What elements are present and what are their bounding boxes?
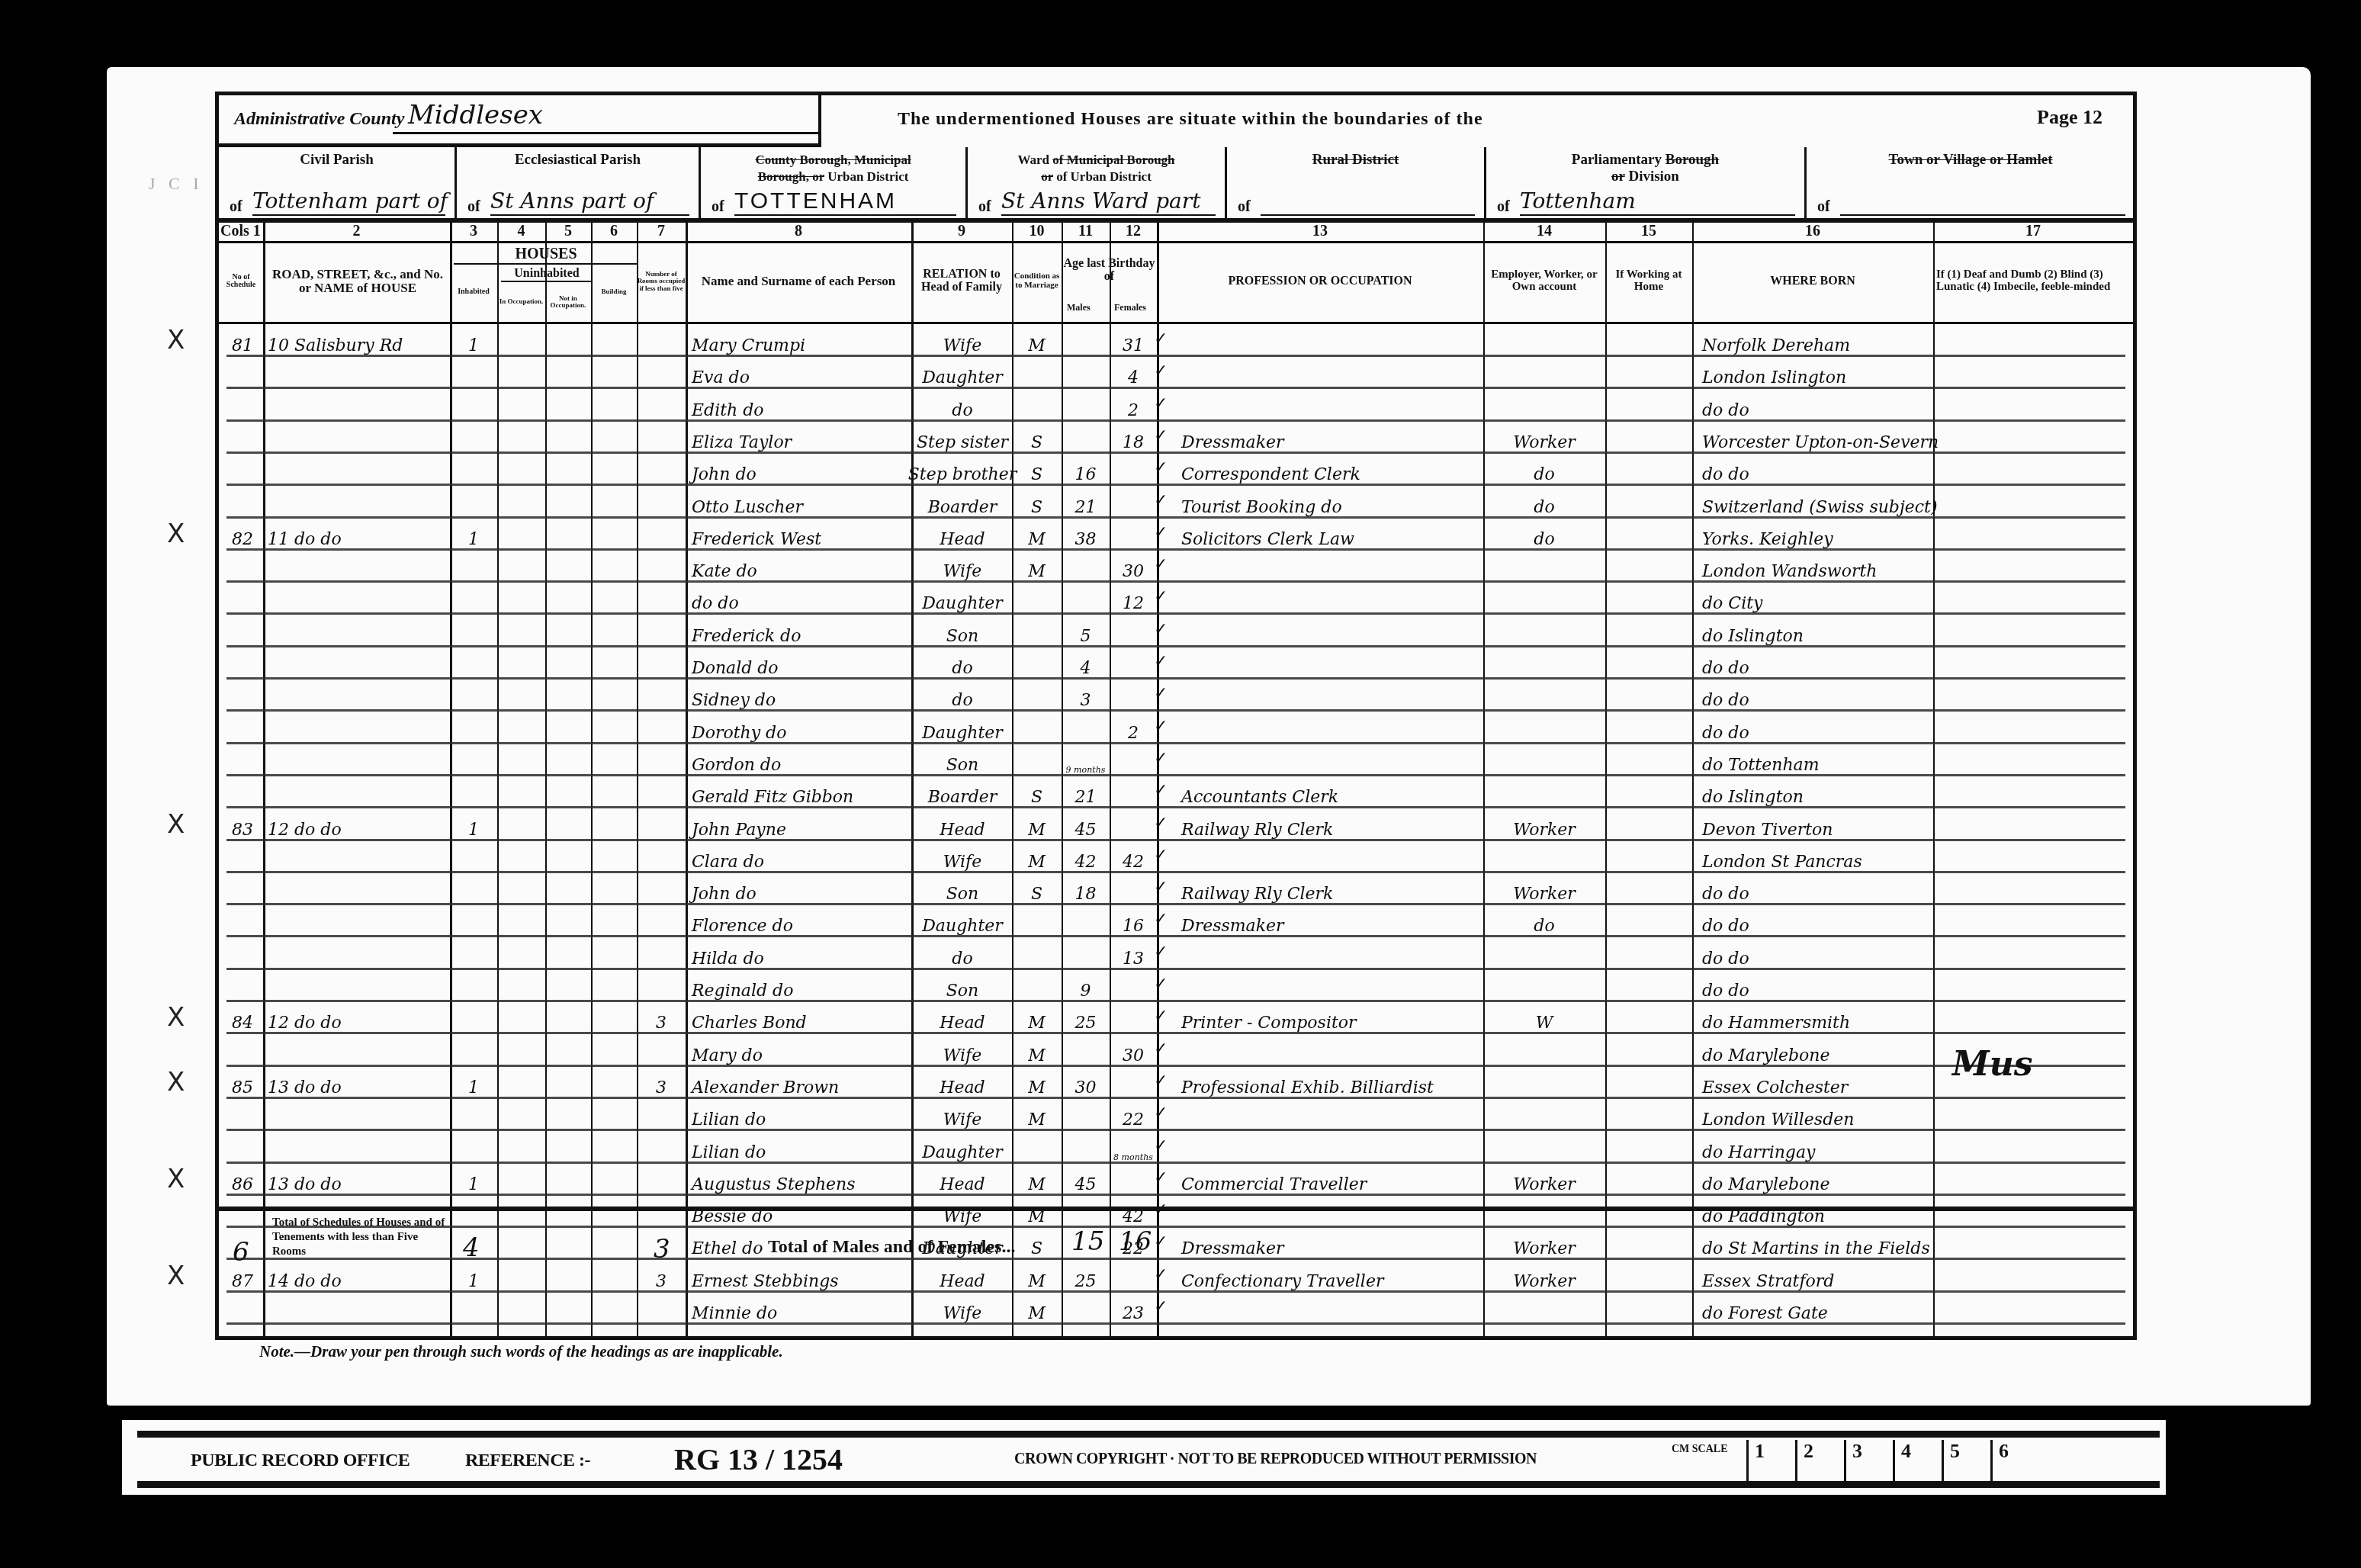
cell-rooms <box>637 488 686 517</box>
cell-name: Edith do <box>692 391 911 420</box>
cell-condition: M <box>1012 1004 1062 1033</box>
cell-male-age: 45 <box>1062 1165 1110 1194</box>
cell-relation: Head <box>913 1165 1012 1194</box>
cell-occupation: Dressmaker <box>1181 423 1483 452</box>
heading-at-home: If Working at Home <box>1605 244 1692 319</box>
check-mark-icon: ✓ <box>1154 846 1168 865</box>
heading-rule <box>219 322 2133 324</box>
table-row: Eliza TaylorStep sisterS18DressmakerWork… <box>219 422 2133 454</box>
cell-male-age: 3 <box>1062 681 1110 710</box>
check-mark-icon: ✓ <box>1154 361 1168 381</box>
margin-x-mark: X <box>167 325 185 355</box>
cell-female-age <box>1110 617 1157 646</box>
cell-name: Otto Luscher <box>692 488 911 517</box>
area-ward: Ward of Municipal Boroughor of Urban Dis… <box>968 147 1227 222</box>
cell-relation: Wife <box>913 843 1012 872</box>
strip-rule <box>137 1431 2160 1438</box>
cell-schedule <box>222 488 263 517</box>
cell-rooms <box>637 552 686 581</box>
cell-employer: do <box>1483 520 1605 549</box>
table-row: 8211 do do1Frederick WestHeadM38Solicito… <box>219 519 2133 551</box>
cell-rooms <box>637 811 686 840</box>
cell-employer: Worker <box>1483 1165 1605 1194</box>
cell-road <box>268 649 449 678</box>
cell-occupation <box>1181 391 1483 420</box>
cell-rooms <box>637 714 686 743</box>
cell-occupation <box>1181 746 1483 775</box>
cell-male-age: 30 <box>1062 1068 1110 1097</box>
heading-building: Building <box>591 265 637 319</box>
heading-employer: Employer, Worker, or Own account <box>1483 244 1605 319</box>
cell-schedule <box>222 843 263 872</box>
cell-employer <box>1483 617 1605 646</box>
cell-condition <box>1012 714 1062 743</box>
cell-name: Eva do <box>692 358 911 387</box>
check-mark-icon: ✓ <box>1154 749 1168 768</box>
cell-rooms <box>637 907 686 936</box>
cell-name: Donald do <box>692 649 911 678</box>
cell-relation: do <box>913 940 1012 969</box>
ward-value: St Anns Ward part <box>1001 188 1216 216</box>
cell-relation: Step sister <box>913 423 1012 452</box>
cell-female-age <box>1110 649 1157 678</box>
cell-born: do do <box>1702 875 1933 904</box>
col-number: 7 <box>637 223 686 240</box>
cm-scale-mark: 2 <box>1795 1440 1842 1483</box>
cell-born: do do <box>1702 391 1933 420</box>
cell-rooms <box>637 455 686 484</box>
heading-name: Name and Surname of each Person <box>686 244 911 319</box>
cell-occupation: Printer - Compositor <box>1181 1004 1483 1033</box>
cell-relation: do <box>913 391 1012 420</box>
cell-male-age: 9 months <box>1062 746 1110 775</box>
check-mark-icon: ✓ <box>1154 1297 1168 1316</box>
totals-row: 6 Total of Schedules of Houses and of Te… <box>219 1207 2133 1295</box>
col-number: 6 <box>591 223 637 240</box>
col-number: 13 <box>1157 223 1483 240</box>
col-number: 11 <box>1062 223 1110 240</box>
cell-female-age <box>1110 875 1157 904</box>
cell-name: do do <box>692 584 911 613</box>
table-row: Florence doDaughter16Dressmakerdodo do✓ <box>219 905 2133 937</box>
cell-inhabited <box>450 1004 497 1033</box>
cell-born: do do <box>1702 972 1933 1001</box>
table-row: Dorothy doDaughter2do do✓ <box>219 712 2133 744</box>
table-row: Frederick doSon5do Islington✓ <box>219 615 2133 647</box>
area-civil-parish: Civil Parish of Tottenham part of <box>219 147 457 222</box>
total-inhabited: 4 <box>463 1232 480 1263</box>
cell-road: 13 do do <box>268 1068 449 1097</box>
cell-name: Sidney do <box>692 681 911 710</box>
cell-occupation: Railway Rly Clerk <box>1181 811 1483 840</box>
table-row: Minnie doWifeM23do Forest Gate✓ <box>219 1293 2133 1325</box>
cell-schedule: 83 <box>222 811 263 840</box>
cell-born: do do <box>1702 681 1933 710</box>
margin-x-mark: X <box>167 1067 185 1097</box>
heading-age: Age last Birthday of <box>1062 244 1157 297</box>
cell-employer <box>1483 681 1605 710</box>
cell-schedule <box>222 940 263 969</box>
table-row: 8412 do do3Charles BondHeadM25Printer - … <box>219 1002 2133 1034</box>
cell-employer <box>1483 552 1605 581</box>
cell-schedule <box>222 907 263 936</box>
cell-condition <box>1012 584 1062 613</box>
cell-occupation <box>1181 326 1483 355</box>
margin-x-mark: X <box>167 1261 185 1291</box>
cell-relation: Boarder <box>913 488 1012 517</box>
cell-female-age: 12 <box>1110 584 1157 613</box>
cell-employer: do <box>1483 488 1605 517</box>
heading-occupation: PROFESSION OR OCCUPATION <box>1157 244 1483 319</box>
cell-employer <box>1483 1036 1605 1065</box>
of-label: of <box>1238 198 1251 216</box>
cell-born: do Hammersmith <box>1702 1004 1933 1033</box>
heading-not-in-occupation: Not in Occupation. <box>545 285 591 319</box>
cell-male-age: 21 <box>1062 778 1110 807</box>
cell-name: Mary do <box>692 1036 911 1065</box>
cell-female-age <box>1110 811 1157 840</box>
cell-rooms <box>637 358 686 387</box>
cell-condition <box>1012 391 1062 420</box>
cell-relation: Son <box>913 875 1012 904</box>
cell-relation: Son <box>913 972 1012 1001</box>
cell-male-age <box>1062 552 1110 581</box>
cell-inhabited <box>450 488 497 517</box>
cell-female-age: 18 <box>1110 423 1157 452</box>
cell-male-age <box>1062 1100 1110 1129</box>
cell-schedule <box>222 1036 263 1065</box>
cell-employer <box>1483 1068 1605 1097</box>
area-label: County Borough, MunicipalBorough, or Urb… <box>701 152 965 185</box>
cell-condition: M <box>1012 1036 1062 1065</box>
cell-occupation <box>1181 552 1483 581</box>
cell-road <box>268 940 449 969</box>
cell-born: Essex Colchester <box>1702 1068 1933 1097</box>
cell-name: Eliza Taylor <box>692 423 911 452</box>
cell-condition: M <box>1012 1068 1062 1097</box>
area-label: Ecclesiastical Parish <box>457 152 699 169</box>
heading-road: ROAD, STREET, &c., and No. or NAME of HO… <box>266 244 449 319</box>
cell-inhabited <box>450 1100 497 1129</box>
cell-male-age: 45 <box>1062 811 1110 840</box>
cell-male-age <box>1062 1294 1110 1323</box>
cell-male-age: 21 <box>1062 488 1110 517</box>
cell-name: Minnie do <box>692 1294 911 1323</box>
cell-rooms <box>637 1100 686 1129</box>
cell-rooms <box>637 940 686 969</box>
cell-occupation <box>1181 649 1483 678</box>
cell-road: 10 Salisbury Rd <box>268 326 449 355</box>
cell-inhabited <box>450 1036 497 1065</box>
cell-born: Norfolk Dereham <box>1702 326 1933 355</box>
cell-born: do Islington <box>1702 778 1933 807</box>
cell-inhabited: 1 <box>450 520 497 549</box>
cell-male-age <box>1062 326 1110 355</box>
cell-occupation <box>1181 358 1483 387</box>
cell-occupation: Solicitors Clerk Law <box>1181 520 1483 549</box>
check-mark-icon: ✓ <box>1154 1168 1168 1187</box>
table-row: 8312 do do1John PayneHeadM45Railway Rly … <box>219 809 2133 841</box>
cell-condition <box>1012 972 1062 1001</box>
table-row: Donald dodo4do do✓ <box>219 647 2133 680</box>
heading-relation: RELATION to Head of Family <box>911 244 1012 319</box>
cell-inhabited <box>450 746 497 775</box>
cell-occupation <box>1181 1133 1483 1162</box>
reference-strip: PUBLIC RECORD OFFICE REFERENCE :- RG 13 … <box>122 1420 2166 1495</box>
check-mark-icon: ✓ <box>1154 523 1168 542</box>
cell-road <box>268 875 449 904</box>
check-mark-icon: ✓ <box>1154 652 1168 671</box>
reference-label: REFERENCE :- <box>465 1451 590 1471</box>
cell-road <box>268 1294 449 1323</box>
cell-male-age: 42 <box>1062 843 1110 872</box>
cell-male-age: 5 <box>1062 617 1110 646</box>
cell-rooms <box>637 520 686 549</box>
cell-rooms <box>637 326 686 355</box>
check-mark-icon: ✓ <box>1154 329 1168 349</box>
heading-infirmity: If (1) Deaf and Dumb (2) Blind (3) Lunat… <box>1936 244 2131 319</box>
cell-schedule <box>222 681 263 710</box>
cell-condition: M <box>1012 843 1062 872</box>
cell-rooms: 3 <box>637 1004 686 1033</box>
check-mark-icon: ✓ <box>1154 814 1168 833</box>
cell-female-age <box>1110 1068 1157 1097</box>
cell-inhabited <box>450 1133 497 1162</box>
col-number: 3 <box>450 223 497 240</box>
cell-schedule <box>222 552 263 581</box>
faint-pencil-mark: J C I <box>149 174 204 194</box>
cm-scale-mark: 1 <box>1746 1440 1794 1483</box>
cell-born: do Islington <box>1702 617 1933 646</box>
cell-male-age: 25 <box>1062 1004 1110 1033</box>
table-row: Kate doWifeM30London Wandsworth✓ <box>219 551 2133 583</box>
cell-relation: do <box>913 681 1012 710</box>
check-mark-icon: ✓ <box>1154 943 1168 962</box>
cell-name: Dorothy do <box>692 714 911 743</box>
cell-born: do do <box>1702 714 1933 743</box>
cell-road: 12 do do <box>268 811 449 840</box>
cell-born: do Marylebone <box>1702 1165 1933 1194</box>
boundaries-statement: The undermentioned Houses are situate wi… <box>898 109 1483 130</box>
page-number: Page 12 <box>2037 106 2102 129</box>
cell-occupation: Professional Exhib. Billiardist <box>1181 1068 1483 1097</box>
cell-born: Yorks. Keighley <box>1702 520 1933 549</box>
area-urban-district: County Borough, MunicipalBorough, or Urb… <box>701 147 968 222</box>
cell-inhabited <box>450 681 497 710</box>
cell-female-age: 30 <box>1110 1036 1157 1065</box>
check-mark-icon: ✓ <box>1154 1007 1168 1026</box>
cell-female-age <box>1110 778 1157 807</box>
cell-name: Alexander Brown <box>692 1068 911 1097</box>
cell-occupation: Tourist Booking do <box>1181 488 1483 517</box>
cell-occupation: Correspondent Clerk <box>1181 455 1483 484</box>
cell-rooms <box>637 391 686 420</box>
cell-name: Charles Bond <box>692 1004 911 1033</box>
page-header: Administrative County Middlesex The unde… <box>215 92 2137 223</box>
cell-employer: Worker <box>1483 811 1605 840</box>
cell-road <box>268 391 449 420</box>
cell-born: do City <box>1702 584 1933 613</box>
cell-rooms <box>637 423 686 452</box>
area-label: Civil Parish <box>219 152 455 169</box>
cell-condition: M <box>1012 1100 1062 1129</box>
cell-inhabited <box>450 907 497 936</box>
table-row: Edith dodo2do do✓ <box>219 390 2133 422</box>
cell-female-age: 8 months <box>1110 1133 1157 1162</box>
of-label: of <box>1497 198 1510 216</box>
cell-born: do do <box>1702 907 1933 936</box>
town-village-value <box>1840 188 2125 216</box>
heading-houses: HOUSES <box>454 246 638 265</box>
cell-relation: Daughter <box>913 714 1012 743</box>
cell-rooms <box>637 617 686 646</box>
cell-employer <box>1483 1294 1605 1323</box>
table-row: Lilian doDaughter8 monthsdo Harringay✓ <box>219 1132 2133 1164</box>
cell-occupation <box>1181 843 1483 872</box>
cell-relation: Wife <box>913 326 1012 355</box>
cell-female-age: 13 <box>1110 940 1157 969</box>
cell-condition <box>1012 681 1062 710</box>
table-row: Lilian doWifeM22London Willesden✓ <box>219 1099 2133 1131</box>
cell-female-age: 42 <box>1110 843 1157 872</box>
cell-schedule: 81 <box>222 326 263 355</box>
cell-rooms <box>637 972 686 1001</box>
cell-employer <box>1483 1100 1605 1129</box>
cell-condition: S <box>1012 875 1062 904</box>
cell-employer: do <box>1483 907 1605 936</box>
cell-name: Hilda do <box>692 940 911 969</box>
cell-born: do do <box>1702 649 1933 678</box>
cell-condition: S <box>1012 488 1062 517</box>
cell-employer <box>1483 584 1605 613</box>
cell-male-age: 38 <box>1062 520 1110 549</box>
cell-name: Lilian do <box>692 1133 911 1162</box>
check-mark-icon: ✓ <box>1154 491 1168 510</box>
cell-road <box>268 907 449 936</box>
cell-female-age: 2 <box>1110 391 1157 420</box>
cell-schedule <box>222 1294 263 1323</box>
cell-relation: Daughter <box>913 584 1012 613</box>
check-mark-icon: ✓ <box>1154 910 1168 929</box>
cell-rooms <box>637 875 686 904</box>
cell-schedule <box>222 455 263 484</box>
cell-employer <box>1483 358 1605 387</box>
cell-inhabited <box>450 940 497 969</box>
cell-occupation <box>1181 1036 1483 1065</box>
table-row: 8110 Salisbury Rd1Mary CrumpiWifeM31Norf… <box>219 325 2133 357</box>
cell-name: Lilian do <box>692 1100 911 1129</box>
cell-occupation: Commercial Traveller <box>1181 1165 1483 1194</box>
cell-relation: Son <box>913 617 1012 646</box>
cell-rooms <box>637 1036 686 1065</box>
cell-schedule <box>222 875 263 904</box>
cell-inhabited <box>450 423 497 452</box>
cell-male-age: 4 <box>1062 649 1110 678</box>
cell-rooms <box>637 746 686 775</box>
cell-born: Worcester Upton-on-Severn <box>1702 423 1933 452</box>
cell-born: London St Pancras <box>1702 843 1933 872</box>
cm-scale-mark: 6 <box>1990 1440 2038 1483</box>
cell-male-age <box>1062 714 1110 743</box>
cell-relation: Head <box>913 520 1012 549</box>
cell-employer <box>1483 940 1605 969</box>
cell-occupation <box>1181 681 1483 710</box>
cell-condition: S <box>1012 455 1062 484</box>
check-mark-icon: ✓ <box>1154 555 1168 574</box>
check-mark-icon: ✓ <box>1154 426 1168 445</box>
cell-road <box>268 488 449 517</box>
margin-x-mark: X <box>167 519 185 549</box>
cell-relation: do <box>913 649 1012 678</box>
check-mark-icon: ✓ <box>1154 1072 1168 1091</box>
col-number: 10 <box>1012 223 1062 240</box>
cell-employer <box>1483 649 1605 678</box>
cm-scale-mark: 4 <box>1893 1440 1940 1483</box>
cell-relation: Head <box>913 1068 1012 1097</box>
check-mark-icon: ✓ <box>1154 1039 1168 1059</box>
area-town-village: Town or Village or Hamlet of <box>1807 147 2135 222</box>
table-row: Reginald doSon9do do✓ <box>219 970 2133 1002</box>
cell-road <box>268 746 449 775</box>
cell-female-age: 30 <box>1110 552 1157 581</box>
cell-born: London Willesden <box>1702 1100 1933 1129</box>
cell-female-age: 31 <box>1110 326 1157 355</box>
col-number: 8 <box>686 223 911 240</box>
ecclesiastical-parish-value: St Anns part of <box>490 188 689 216</box>
total-rooms: 3 <box>654 1234 670 1264</box>
cell-condition <box>1012 1133 1062 1162</box>
cell-schedule <box>222 617 263 646</box>
cell-condition: M <box>1012 1294 1062 1323</box>
cell-employer: W <box>1483 1004 1605 1033</box>
copyright-notice: CROWN COPYRIGHT · NOT TO BE REPRODUCED W… <box>1014 1451 1537 1468</box>
cell-schedule <box>222 972 263 1001</box>
cell-condition <box>1012 907 1062 936</box>
cell-inhabited <box>450 358 497 387</box>
cell-schedule: 82 <box>222 520 263 549</box>
table-row: Mary doWifeM30do Marylebone✓ <box>219 1035 2133 1067</box>
county-label: Administrative County <box>234 109 404 130</box>
cell-schedule: 86 <box>222 1165 263 1194</box>
cell-condition: M <box>1012 326 1062 355</box>
heading-rooms: Number of Rooms occupied if less than fi… <box>637 244 686 319</box>
cell-female-age <box>1110 455 1157 484</box>
heading-where-born: WHERE BORN <box>1692 244 1933 319</box>
cell-employer <box>1483 714 1605 743</box>
cell-road: 13 do do <box>268 1165 449 1194</box>
cell-born: Devon Tiverton <box>1702 811 1933 840</box>
cell-condition <box>1012 358 1062 387</box>
cell-condition: M <box>1012 520 1062 549</box>
cell-male-age <box>1062 1133 1110 1162</box>
col-number: 15 <box>1605 223 1692 240</box>
cell-female-age <box>1110 520 1157 549</box>
cell-name: Gordon do <box>692 746 911 775</box>
cell-female-age <box>1110 1004 1157 1033</box>
cell-condition: M <box>1012 552 1062 581</box>
area-label: Parliamentary Boroughor Division <box>1486 152 1804 185</box>
cell-inhabited <box>450 778 497 807</box>
cell-female-age <box>1110 681 1157 710</box>
table-row: Otto LuscherBoarderS21Tourist Booking do… <box>219 487 2133 519</box>
county-box: Administrative County Middlesex <box>219 95 821 147</box>
heading-note: Note.—Draw your pen through such words o… <box>259 1342 783 1361</box>
table-row: Gordon doSon9 monthsdo Tottenham✓ <box>219 744 2133 776</box>
col-number: 5 <box>545 223 591 240</box>
cell-name: Reginald do <box>692 972 911 1001</box>
cell-male-age: 18 <box>1062 875 1110 904</box>
cell-name: Augustus Stephens <box>692 1165 911 1194</box>
